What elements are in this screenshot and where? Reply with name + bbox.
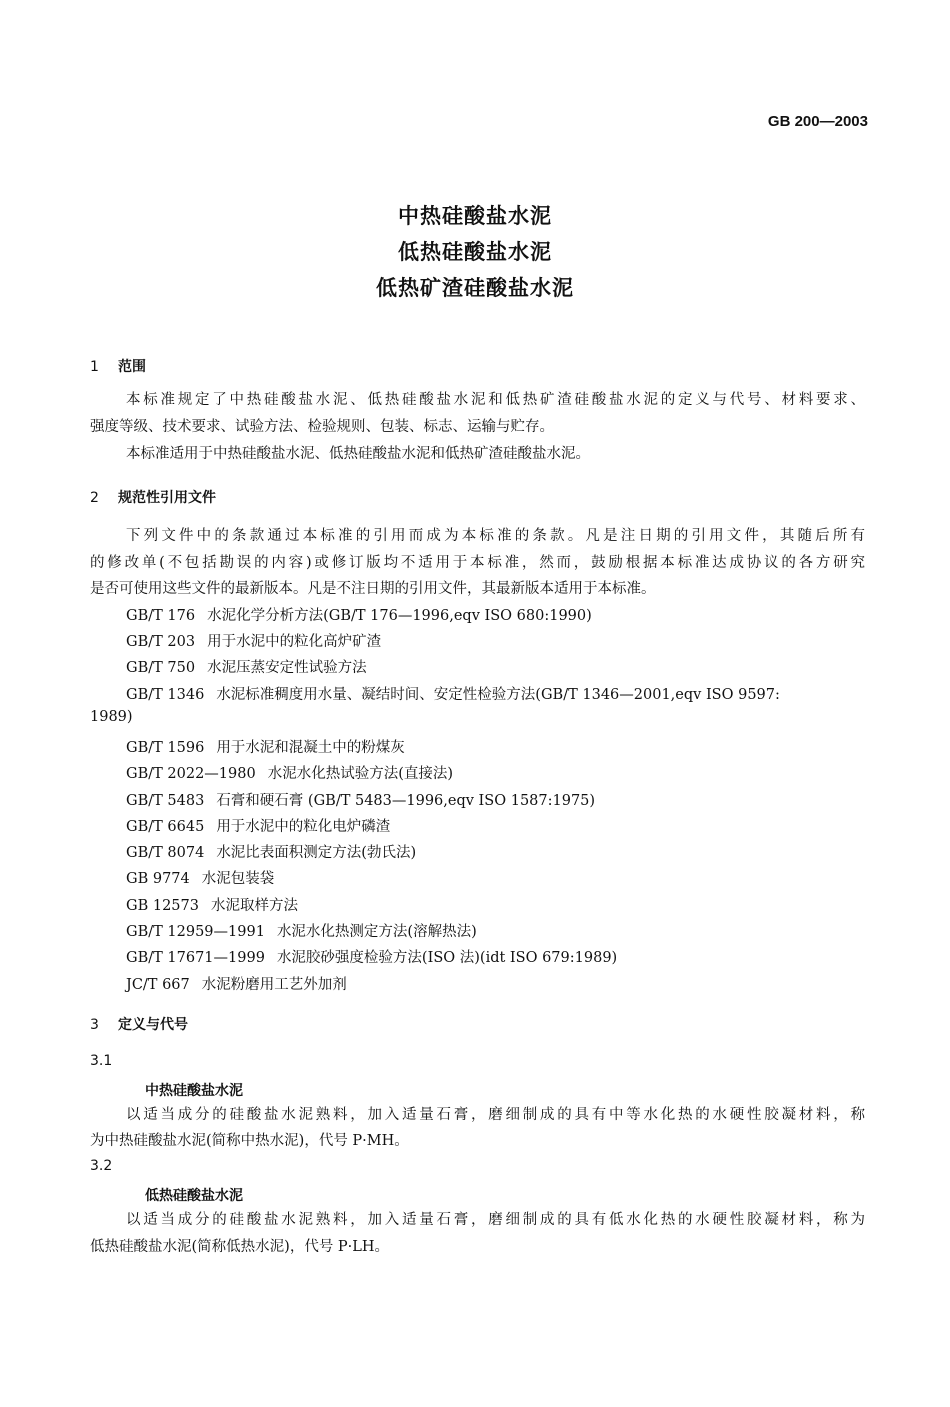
reference-item: GB/T 203用于水泥中的粒化高炉矿渣 xyxy=(126,630,381,651)
reference-item: GB/T 1346水泥标准稠度用水量、凝结时间、安定性检验方法(GB/T 134… xyxy=(126,683,780,704)
paragraph-line: 的修改单(不包括勘误的内容)或修订版均不适用于本标准，然而，鼓励根据本标准达成协… xyxy=(90,550,865,576)
reference-title: 水泥化学分析方法(GB/T 176—1996,eqv ISO 680:1990) xyxy=(207,608,592,624)
term-name: 中热硅酸盐水泥 xyxy=(145,1080,243,1100)
reference-code: GB/T 5483 xyxy=(126,793,204,809)
reference-code: GB/T 176 xyxy=(126,608,195,624)
reference-item: GB/T 176水泥化学分析方法(GB/T 176—1996,eqv ISO 6… xyxy=(126,604,592,625)
paragraph-line: 以适当成分的硅酸盐水泥熟料，加入适量石膏，磨细制成的具有中等水化热的水硬性胶凝材… xyxy=(126,1102,865,1128)
reference-title: 水泥标准稠度用水量、凝结时间、安定性检验方法(GB/T 1346—2001,eq… xyxy=(216,687,780,703)
reference-title: 水泥取样方法 xyxy=(211,898,298,914)
section-number: 1 xyxy=(90,359,118,375)
reference-code: GB/T 2022—1980 xyxy=(126,766,256,782)
reference-title: 水泥比表面积测定方法(勃氏法) xyxy=(216,845,416,861)
subsection-number: 3.2 xyxy=(90,1158,112,1174)
reference-item: GB/T 750水泥压蒸安定性试验方法 xyxy=(126,656,367,677)
reference-item: JC/T 667水泥粉磨用工艺外加剂 xyxy=(126,973,347,994)
reference-title: 水泥压蒸安定性试验方法 xyxy=(207,660,367,676)
title-line-2: 低热硅酸盐水泥 xyxy=(0,236,950,266)
reference-code: GB/T 8074 xyxy=(126,845,204,861)
reference-title: 水泥水化热试验方法(直接法) xyxy=(268,766,453,782)
reference-title: 水泥包装袋 xyxy=(202,871,275,887)
paragraph-line: 以适当成分的硅酸盐水泥熟料，加入适量石膏，磨细制成的具有低水化热的水硬性胶凝材料… xyxy=(126,1207,865,1233)
reference-item: GB/T 6645用于水泥中的粒化电炉磷渣 xyxy=(126,815,390,836)
section-title: 范围 xyxy=(118,359,146,375)
reference-title: 用于水泥中的粒化高炉矿渣 xyxy=(207,634,381,650)
subsection-number: 3.1 xyxy=(90,1053,112,1069)
reference-item: GB 9774水泥包装袋 xyxy=(126,867,274,888)
section-heading-normative-references: 2规范性引用文件 xyxy=(90,487,216,507)
reference-code: GB/T 750 xyxy=(126,660,195,676)
section-heading-scope: 1范围 xyxy=(90,356,146,376)
reference-code: GB/T 6645 xyxy=(126,819,204,835)
term-name: 低热硅酸盐水泥 xyxy=(145,1185,243,1205)
section-number: 2 xyxy=(90,490,118,506)
reference-title: 石膏和硬石膏 (GB/T 5483—1996,eqv ISO 1587:1975… xyxy=(216,793,595,809)
section-heading-definitions: 3定义与代号 xyxy=(90,1014,188,1034)
reference-title: 用于水泥中的粒化电炉磷渣 xyxy=(216,819,390,835)
reference-code: GB/T 203 xyxy=(126,634,195,650)
paragraph-line: 下列文件中的条款通过本标准的引用而成为本标准的条款。凡是注日期的引用文件，其随后… xyxy=(126,523,865,549)
reference-title: 水泥粉磨用工艺外加剂 xyxy=(202,977,347,993)
reference-item: GB/T 12959—1991水泥水化热测定方法(溶解热法) xyxy=(126,920,477,941)
section-title: 定义与代号 xyxy=(118,1017,188,1033)
reference-item: GB 12573水泥取样方法 xyxy=(126,894,298,915)
reference-title: 水泥胶砂强度检验方法(ISO 法)(idt ISO 679:1989) xyxy=(277,950,617,966)
paragraph-line: 本标准适用于中热硅酸盐水泥、低热硅酸盐水泥和低热矿渣硅酸盐水泥。 xyxy=(126,441,590,467)
reference-code: JC/T 667 xyxy=(126,977,190,993)
title-line-1: 中热硅酸盐水泥 xyxy=(0,200,950,230)
reference-item: GB/T 5483石膏和硬石膏 (GB/T 5483—1996,eqv ISO … xyxy=(126,789,595,810)
reference-item: GB/T 8074水泥比表面积测定方法(勃氏法) xyxy=(126,841,416,862)
reference-title: 用于水泥和混凝土中的粉煤灰 xyxy=(216,740,405,756)
title-line-3: 低热矿渣硅酸盐水泥 xyxy=(0,272,950,302)
reference-code: GB/T 1596 xyxy=(126,740,204,756)
reference-code: GB/T 12959—1991 xyxy=(126,924,265,940)
reference-item: GB/T 1596用于水泥和混凝土中的粉煤灰 xyxy=(126,736,405,757)
reference-code: GB 12573 xyxy=(126,898,199,914)
reference-item: GB/T 17671—1999水泥胶砂强度检验方法(ISO 法)(idt ISO… xyxy=(126,946,617,967)
paragraph-line: 低热硅酸盐水泥(简称低热水泥)，代号 P·LH。 xyxy=(90,1234,389,1260)
reference-code: GB/T 1346 xyxy=(126,687,204,703)
reference-code: GB 9774 xyxy=(126,871,190,887)
reference-code: GB/T 17671—1999 xyxy=(126,950,265,966)
paragraph-line: 本标准规定了中热硅酸盐水泥、低热硅酸盐水泥和低热矿渣硅酸盐水泥的定义与代号、材料… xyxy=(126,387,865,413)
reference-title: 水泥水化热测定方法(溶解热法) xyxy=(277,924,477,940)
reference-continuation: 1989) xyxy=(90,709,133,725)
reference-item: GB/T 2022—1980水泥水化热试验方法(直接法) xyxy=(126,762,453,783)
paragraph-line: 为中热硅酸盐水泥(简称中热水泥)，代号 P·MH。 xyxy=(90,1128,409,1154)
section-title: 规范性引用文件 xyxy=(118,490,216,506)
paragraph-line: 是否可使用这些文件的最新版本。凡是不注日期的引用文件，其最新版本适用于本标准。 xyxy=(90,576,656,602)
section-number: 3 xyxy=(90,1017,118,1033)
paragraph-line: 强度等级、技术要求、试验方法、检验规则、包装、标志、运输与贮存。 xyxy=(90,414,554,440)
standard-number: GB 200—2003 xyxy=(768,113,868,130)
